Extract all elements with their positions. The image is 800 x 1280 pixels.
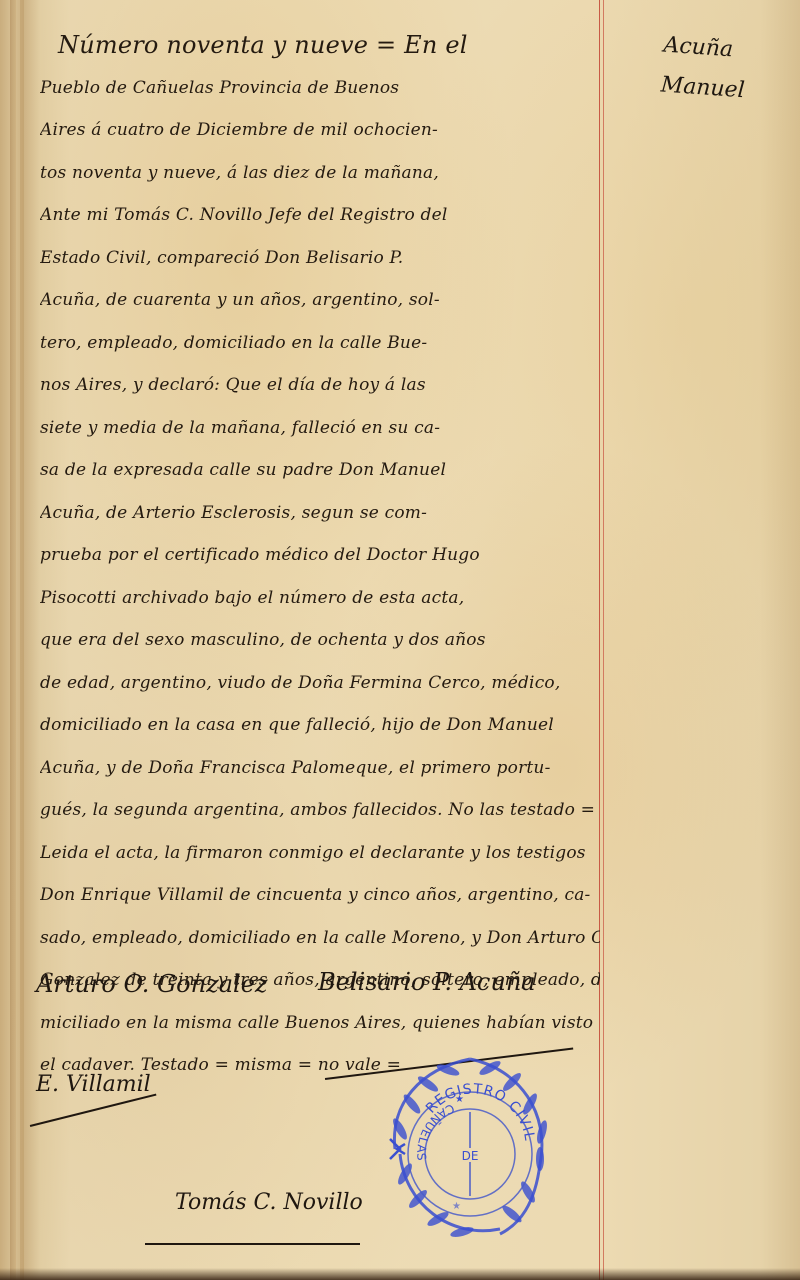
star-icon: ★	[455, 1094, 464, 1105]
stamp-side-text: CAÑUELAS	[414, 1101, 456, 1162]
document-page: Acuña Manuel Número noventa y nueve = En…	[0, 0, 800, 1280]
stamp-middle-text: DE	[462, 1149, 479, 1163]
laurel-wreath-seal-icon: REGISTRO CIVIL CAÑUELAS DE ★ ★	[360, 1044, 560, 1244]
star-icon: ★	[452, 1201, 461, 1212]
signature-flourish	[30, 1094, 157, 1127]
registro-civil-stamp: REGISTRO CIVIL CAÑUELAS DE ★ ★	[360, 1044, 560, 1244]
page-bottom-edge	[0, 1268, 800, 1280]
signature-declarant-acuna: Belisario P. Acuña	[318, 968, 536, 996]
signature-witness-gonzalez: Arturo O. Gonzalez	[36, 970, 268, 998]
signature-flourish	[145, 1243, 360, 1245]
signature-official-novillo: Tomás C. Novillo	[175, 1190, 363, 1215]
signature-witness-villamil: E. Villamil	[36, 1072, 151, 1097]
